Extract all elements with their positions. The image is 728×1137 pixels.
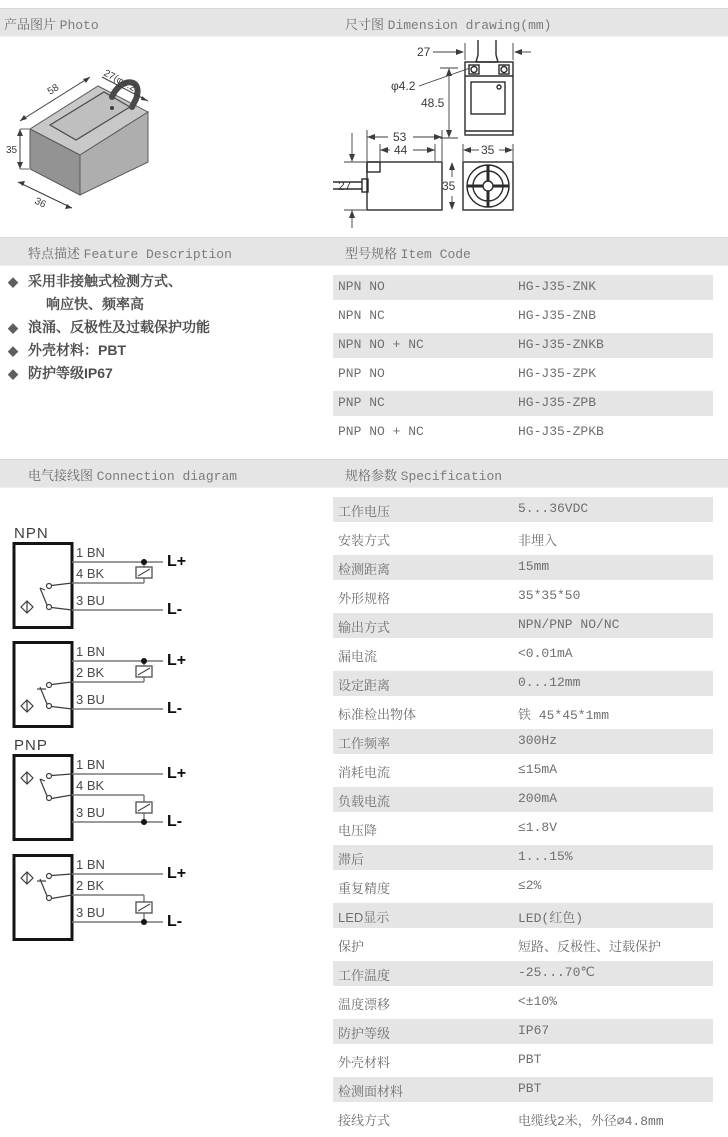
- arrowhead: [20, 115, 27, 121]
- spec-label: 防护等级: [338, 1023, 390, 1042]
- spec-row: 负载电流200mA: [333, 787, 713, 812]
- spec-value: NPN/PNP NO/NC: [518, 617, 619, 632]
- junction-dot: [141, 658, 147, 664]
- spec-label: 设定距离: [338, 675, 390, 694]
- spec-label: 温度漂移: [338, 994, 390, 1013]
- spec-value: ≤2%: [518, 878, 541, 893]
- spec-label: 滞后: [338, 849, 364, 868]
- item-code: HG-J35-ZNKB: [518, 337, 604, 352]
- spec-value: 铁 45*45*1mm: [518, 704, 609, 723]
- junction-dot: [141, 819, 147, 825]
- spec-row: 工作频率300Hz: [333, 729, 713, 754]
- lminus-label: L-: [167, 913, 182, 931]
- feature-text: 响应快、频率高: [46, 293, 144, 316]
- lminus-label: L-: [167, 813, 182, 831]
- dimension-title-en: Dimension drawing(mm): [388, 18, 552, 33]
- wire-label-bu: 3 BU: [76, 692, 105, 707]
- wire-label-bn: 1 BN: [76, 757, 105, 772]
- item-code-row: PNP NC HG-J35-ZPB: [333, 391, 713, 416]
- spec-row: 工作电压5...36VDC: [333, 497, 713, 522]
- item-code-row: PNP NO + NC HG-J35-ZPKB: [333, 420, 713, 445]
- spec-row: 重复精度≤2%: [333, 874, 713, 899]
- item-type: NPN NO: [338, 279, 385, 294]
- feature-item-continuation: 响应快、频率高: [0, 293, 330, 316]
- spec-label: 安装方式: [338, 530, 390, 549]
- item-code: HG-J35-ZPK: [518, 366, 596, 381]
- spec-value: 电缆线2米，外径⌀4.8mm: [518, 1110, 664, 1129]
- spec-value: PBT: [518, 1081, 541, 1096]
- lplus-label: L+: [167, 652, 186, 670]
- spec-row: 温度漂移<±10%: [333, 990, 713, 1015]
- spec-row: 检测距离15mm: [333, 555, 713, 580]
- spec-label: 接线方式: [338, 1110, 390, 1129]
- lminus-label: L-: [167, 700, 182, 718]
- arrowhead: [17, 129, 23, 136]
- dimension-drawing: 27 φ4.2 48.5 53 44 27 35 35: [333, 38, 728, 236]
- spec-row: 滞后1...15%: [333, 845, 713, 870]
- wire-label-bn: 1 BN: [76, 644, 105, 659]
- feature-text: 外壳材料：PBT: [28, 339, 126, 362]
- wire-label-bu: 3 BU: [76, 593, 105, 608]
- spec-row: 工作温度-25...70℃: [333, 961, 713, 986]
- spec-row: 安装方式非埋入: [333, 526, 713, 551]
- dim-hole-dia: φ4.2: [391, 79, 416, 93]
- spec-label: 消耗电流: [338, 762, 390, 781]
- spec-row: 输出方式NPN/PNP NO/NC: [333, 613, 713, 638]
- wire-label-bk: 4 BK: [76, 778, 104, 793]
- dim-hole-pitch: 27: [417, 45, 431, 59]
- wire-label-bk: 4 BK: [76, 566, 104, 581]
- diamond-bullet-icon: ◆: [8, 316, 18, 339]
- spec-label: 电压降: [338, 820, 377, 839]
- spec-value: <0.01mA: [518, 646, 573, 661]
- switch-symbol: [40, 774, 72, 801]
- spec-row: 设定距离0...12mm: [333, 671, 713, 696]
- spec-value: 35*35*50: [518, 588, 580, 603]
- switch-symbol: [37, 682, 72, 709]
- spec-value: LED(红色): [518, 907, 583, 926]
- diamond-bullet-icon: ◆: [8, 362, 18, 385]
- feature-item: ◆ 浪涌、反极性及过载保护功能: [0, 316, 330, 339]
- spec-label: 外壳材料: [338, 1052, 390, 1071]
- datasheet-page: 产品图片 Photo 尺寸图 Dimension drawing(mm) 58 …: [0, 0, 728, 1137]
- wire-label-bk: 2 BK: [76, 878, 104, 893]
- item-type: NPN NC: [338, 308, 385, 323]
- section-bar-features-itemcode: 特点描述 Feature Description 型号规格 Item Code: [0, 237, 728, 266]
- spec-label: 重复精度: [338, 878, 390, 897]
- dim-length: 53: [393, 130, 407, 144]
- wiring-diagram-npn-no: 1 BN 4 BK 3 BU L+ L-: [10, 540, 200, 635]
- arrowhead: [83, 77, 90, 83]
- spec-label: 工作频率: [338, 733, 390, 752]
- spec-value: 0...12mm: [518, 675, 580, 690]
- spec-row: 电压降≤1.8V: [333, 816, 713, 841]
- spec-value: <±10%: [518, 994, 557, 1009]
- wiring-diagram-pnp-nc: 1 BN 2 BK 3 BU L+ L-: [10, 852, 200, 947]
- led-dot: [110, 106, 114, 110]
- sensor-symbol: [21, 772, 33, 784]
- itemcode-section-title: 型号规格 Item Code: [345, 243, 471, 262]
- arrowhead: [17, 162, 23, 169]
- spec-label: 检测面材料: [338, 1081, 403, 1100]
- spec-label: 工作电压: [338, 501, 390, 520]
- connection-title-en: Connection diagram: [97, 469, 237, 484]
- spec-label: 漏电流: [338, 646, 377, 665]
- spec-row: 防护等级IP67: [333, 1019, 713, 1044]
- item-code-row: PNP NO HG-J35-ZPK: [333, 362, 713, 387]
- spec-label: 输出方式: [338, 617, 390, 636]
- photo-dim-height: 35: [6, 145, 18, 156]
- spec-value: -25...70℃: [518, 965, 595, 980]
- junction-dot: [141, 559, 147, 565]
- wire-label-bu: 3 BU: [76, 905, 105, 920]
- feature-item: ◆ 防护等级IP67: [0, 362, 330, 385]
- feature-list: ◆ 采用非接触式检测方式、 响应快、频率高 ◆ 浪涌、反极性及过载保护功能 ◆ …: [0, 270, 330, 385]
- spec-title-zh: 规格参数: [345, 468, 397, 483]
- spec-value: 300Hz: [518, 733, 557, 748]
- features-section-title: 特点描述 Feature Description: [28, 243, 232, 262]
- arrowhead: [141, 96, 148, 101]
- spec-value: 15mm: [518, 559, 549, 574]
- spec-value: 短路、反极性、过载保护: [518, 936, 661, 955]
- lplus-label: L+: [167, 765, 186, 783]
- diamond-bullet-icon: ◆: [8, 270, 18, 293]
- switch-symbol: [37, 874, 72, 901]
- section-bar-photo-dimension: 产品图片 Photo 尺寸图 Dimension drawing(mm): [0, 8, 728, 37]
- lplus-label: L+: [167, 553, 186, 571]
- spec-value: ≤15mA: [518, 762, 557, 777]
- feature-text: 浪涌、反极性及过载保护功能: [28, 316, 210, 339]
- spec-value: PBT: [518, 1052, 541, 1067]
- spec-row: LED显示LED(红色): [333, 903, 713, 928]
- lminus-label: L-: [167, 601, 182, 619]
- spec-row: 漏电流<0.01mA: [333, 642, 713, 667]
- feature-text: 采用非接触式检测方式、: [28, 270, 182, 293]
- spec-value: ≤1.8V: [518, 820, 557, 835]
- photo-title-zh: 产品图片: [4, 17, 56, 32]
- sensor-symbol: [21, 872, 33, 884]
- item-code-row: NPN NO + NC HG-J35-ZNKB: [333, 333, 713, 358]
- feature-text: 防护等级IP67: [28, 362, 113, 385]
- spec-row: 接线方式电缆线2米，外径⌀4.8mm: [333, 1106, 713, 1131]
- spec-value: 5...36VDC: [518, 501, 588, 516]
- item-code: HG-J35-ZPB: [518, 395, 596, 410]
- feature-item: ◆ 外壳材料：PBT: [0, 339, 330, 362]
- spec-value: 1...15%: [518, 849, 573, 864]
- wiring-diagram-pnp-no: 1 BN 4 BK 3 BU L+ L-: [10, 752, 200, 847]
- item-type: NPN NO + NC: [338, 337, 424, 352]
- item-code-row: NPN NO HG-J35-ZNK: [333, 275, 713, 300]
- dimension-section-title: 尺寸图 Dimension drawing(mm): [345, 14, 551, 33]
- sensor-symbol: [21, 601, 33, 613]
- lplus-label: L+: [167, 865, 186, 883]
- spec-label: 标准检出物体: [338, 704, 416, 723]
- wire-label-bn: 1 BN: [76, 545, 105, 560]
- dim-inner-length: 44: [394, 143, 408, 157]
- spec-label: 负载电流: [338, 791, 390, 810]
- photo-dim-top-edge: 58: [46, 82, 62, 97]
- dimension-title-zh: 尺寸图: [345, 17, 384, 32]
- itemcode-title-en: Item Code: [401, 247, 471, 262]
- features-title-zh: 特点描述: [28, 246, 80, 261]
- item-code-row: NPN NC HG-J35-ZNB: [333, 304, 713, 329]
- wire-label-bk: 2 BK: [76, 665, 104, 680]
- spec-row: 外壳材料PBT: [333, 1048, 713, 1073]
- itemcode-title-zh: 型号规格: [345, 246, 397, 261]
- spec-label: LED显示: [338, 907, 389, 926]
- item-code: HG-J35-ZNB: [518, 308, 596, 323]
- item-type: PNP NO: [338, 366, 385, 381]
- spec-row: 外形规格35*35*50: [333, 584, 713, 609]
- item-code: HG-J35-ZNK: [518, 279, 596, 294]
- dim-side-height: 27: [338, 179, 352, 193]
- spec-label: 保护: [338, 936, 364, 955]
- spec-section-title: 规格参数 Specification: [345, 465, 502, 484]
- spec-label: 工作温度: [338, 965, 390, 984]
- switch-symbol: [40, 583, 72, 610]
- spec-value: 非埋入: [518, 530, 557, 549]
- dim-face-height: 35: [442, 179, 456, 193]
- spec-label: 外形规格: [338, 588, 390, 607]
- diamond-bullet-icon: ◆: [8, 339, 18, 362]
- item-type: PNP NC: [338, 395, 385, 410]
- connection-title-zh: 电气接线图: [28, 468, 93, 483]
- spec-label: 检测距离: [338, 559, 390, 578]
- item-code: HG-J35-ZPKB: [518, 424, 604, 439]
- features-title-en: Feature Description: [84, 247, 232, 262]
- spec-row: 保护短路、反极性、过载保护: [333, 932, 713, 957]
- photo-dim-depth: 36: [33, 196, 48, 211]
- photo-section-title: 产品图片 Photo: [4, 14, 99, 33]
- sensor-symbol: [21, 700, 33, 712]
- spec-row: 标准检出物体铁 45*45*1mm: [333, 700, 713, 725]
- photo-title-en: Photo: [60, 18, 99, 33]
- spec-row: 检测面材料PBT: [333, 1077, 713, 1102]
- wire-label-bu: 3 BU: [76, 805, 105, 820]
- wire-label-bn: 1 BN: [76, 857, 105, 872]
- item-type: PNP NO + NC: [338, 424, 424, 439]
- product-photo-drawing: 58 27(φ4.2) 35 36: [6, 45, 236, 235]
- spec-title-en: Specification: [401, 469, 502, 484]
- spec-value: 200mA: [518, 791, 557, 806]
- section-bar-connection-spec: 电气接线图 Connection diagram 规格参数 Specificat…: [0, 459, 728, 488]
- dim-face-width: 35: [481, 143, 495, 157]
- wiring-diagram-npn-nc: 1 BN 2 BK 3 BU L+ L-: [10, 639, 200, 734]
- spec-value: IP67: [518, 1023, 549, 1038]
- spec-row: 消耗电流≤15mA: [333, 758, 713, 783]
- connection-section-title: 电气接线图 Connection diagram: [28, 465, 237, 484]
- junction-dot: [141, 919, 147, 925]
- dim-body-height: 48.5: [421, 96, 445, 110]
- feature-item: ◆ 采用非接触式检测方式、: [0, 270, 330, 293]
